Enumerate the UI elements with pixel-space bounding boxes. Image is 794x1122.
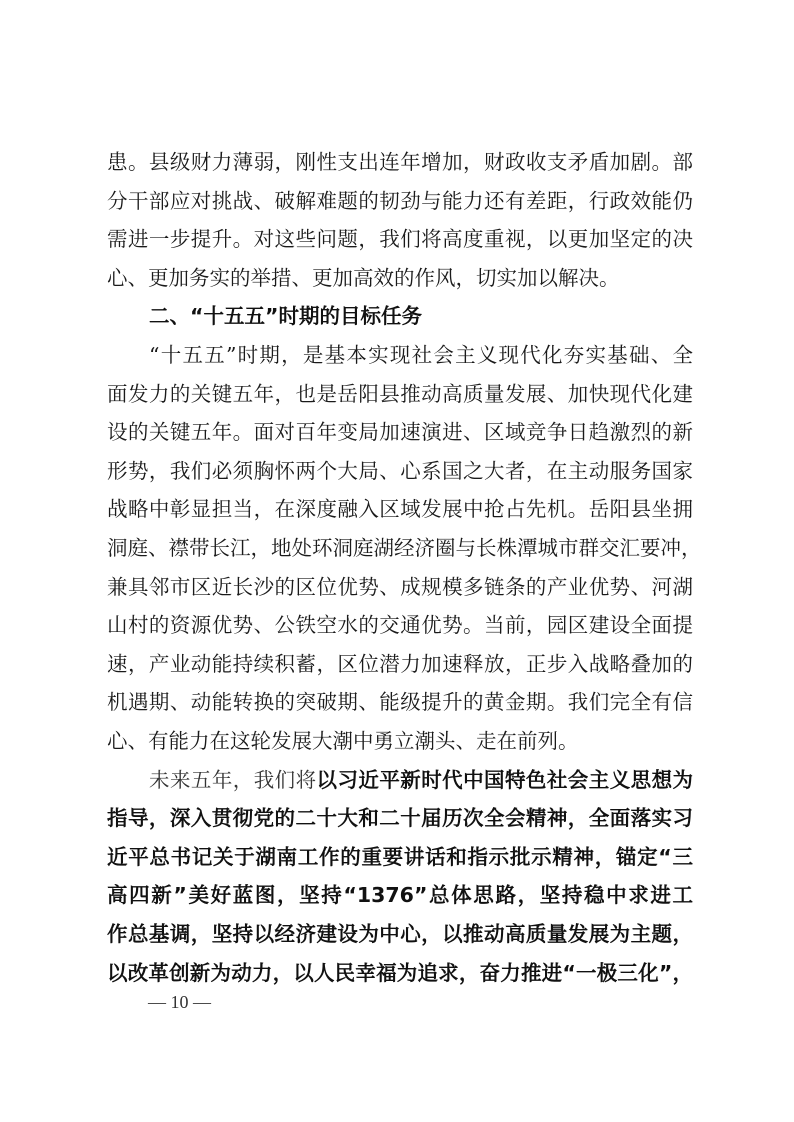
body-line-mixed: 未来五年，我们将以习近平新时代中国特色社会主义思想为 — [149, 765, 693, 795]
body-line: 洞庭、襟带长江，地处环洞庭湖经济圈与长株潭城市群交汇要冲， — [107, 533, 693, 563]
body-line: 设的关键五年。面对百年变局加速演进、区域竞争日趋激烈的新 — [107, 417, 693, 447]
body-line: 机遇期、动能转换的突破期、能级提升的黄金期。我们完全有信 — [107, 687, 693, 717]
plain-text: 未来五年，我们将 — [149, 768, 317, 792]
body-line: 以改革创新为动力，以人民幸福为追求，奋力推进“一极三化”， — [107, 958, 693, 988]
body-line: 分干部应对挑战、破解难题的韧劲与能力还有差距，行政效能仍 — [107, 186, 693, 216]
body-line: 心、更加务实的举措、更加高效的作风，切实加以解决。 — [107, 263, 693, 293]
body-line: 山村的资源优势、公铁空水的交通优势。当前，园区建设全面提 — [107, 610, 693, 640]
body-line: 患。县级财力薄弱，刚性支出连年增加，财政收支矛盾加剧。部 — [107, 147, 693, 177]
body-line: “十五五”时期，是基本实现社会主义现代化夯实基础、全 — [149, 340, 693, 370]
document-page: 患。县级财力薄弱，刚性支出连年增加，财政收支矛盾加剧。部 分干部应对挑战、破解难… — [0, 0, 794, 1122]
body-line: 高四新”美好蓝图，坚持“1376”总体思路，坚持稳中求进工 — [107, 880, 693, 910]
body-line: 指导，深入贯彻党的二十大和二十届历次全会精神，全面落实习 — [107, 803, 693, 833]
body-line: 面发力的关键五年，也是岳阳县推动高质量发展、加快现代化建 — [107, 379, 693, 409]
body-line: 心、有能力在这轮发展大潮中勇立潮头、走在前列。 — [107, 726, 693, 756]
body-line: 作总基调，坚持以经济建设为中心，以推动高质量发展为主题， — [107, 919, 693, 949]
body-line: 速，产业动能持续积蓄，区位潜力加速释放，正步入战略叠加的 — [107, 649, 693, 679]
body-line: 近平总书记关于湖南工作的重要讲话和指示批示精神，锚定“三 — [107, 842, 693, 872]
body-line: 战略中彰显担当，在深度融入区域发展中抢占先机。岳阳县坐拥 — [107, 494, 693, 524]
body-line: 需进一步提升。对这些问题，我们将高度重视，以更加坚定的决 — [107, 224, 693, 254]
body-line: 兼具邻市区近长沙的区位优势、成规模多链条的产业优势、河湖 — [107, 572, 693, 602]
section-heading: 二、“十五五”时期的目标任务 — [149, 301, 693, 331]
body-line: 形势，我们必须胸怀两个大局、心系国之大者，在主动服务国家 — [107, 456, 693, 486]
page-number: — 10 — — [148, 992, 211, 1013]
emphasized-text: 以习近平新时代中国特色社会主义思想为 — [317, 768, 693, 792]
